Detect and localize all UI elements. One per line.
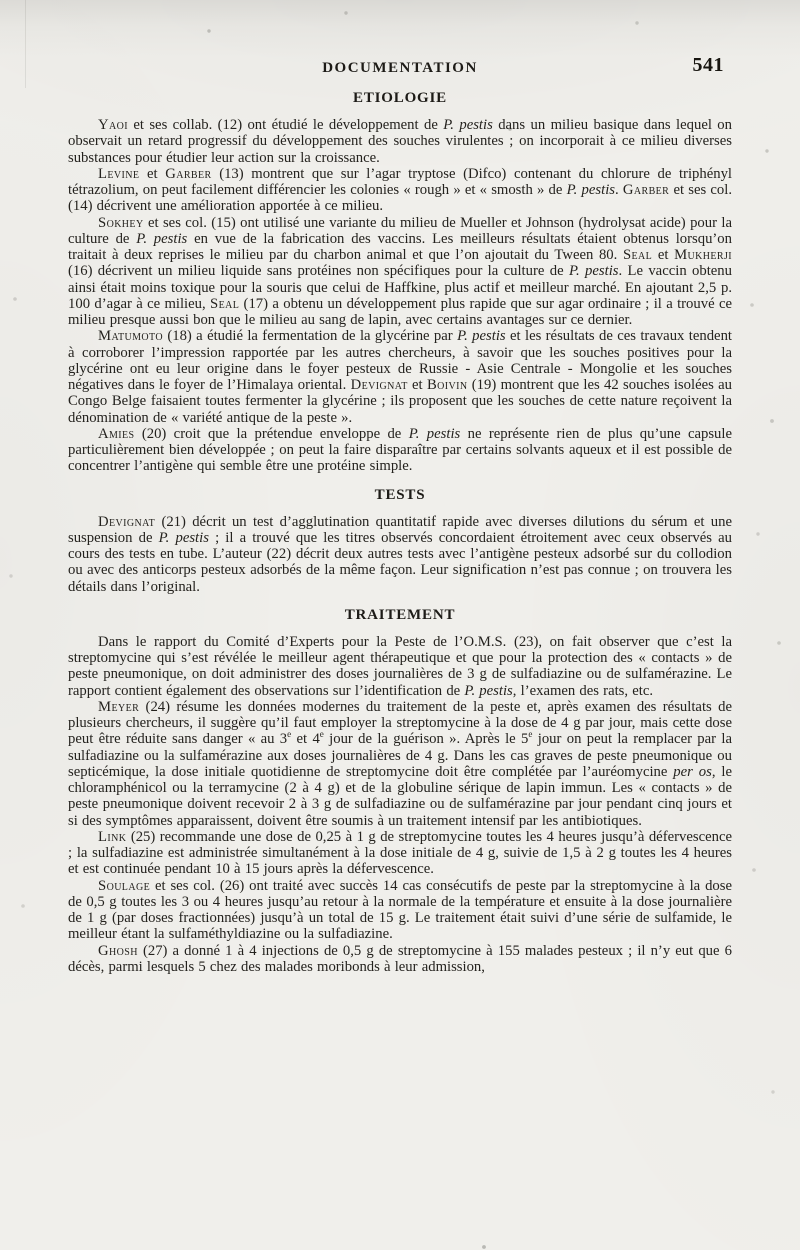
section-heading-tests: TESTS — [68, 487, 732, 504]
italic-text: P. pestis — [159, 530, 209, 546]
author-name: Garber — [165, 166, 211, 182]
author-name: Link — [98, 829, 126, 845]
italic-text: per os — [673, 764, 712, 780]
page-number: 541 — [693, 54, 725, 77]
author-name: Devignat — [98, 514, 155, 530]
body-text: (25) recommande une dose de 0,25 à 1 g d… — [68, 829, 732, 878]
body-text: et — [408, 377, 427, 393]
author-name: Meyer — [98, 699, 139, 715]
author-name: Matumoto — [98, 328, 163, 344]
body-text: et ses col. (26) ont traité avec succès … — [68, 878, 732, 943]
paragraph: Levine et Garber (13) montrent que sur l… — [68, 166, 732, 215]
paragraph: Meyer (24) résume les données modernes d… — [68, 699, 732, 829]
author-name: Garber — [623, 182, 669, 198]
body-text: et — [652, 247, 674, 263]
body-text: et ses collab. (12) ont étudié le dévelo… — [128, 117, 443, 133]
author-name: Yaoi — [98, 117, 128, 133]
author-name: Amies — [98, 426, 135, 442]
body-text: (16) décrivent un milieu liquide sans pr… — [68, 263, 569, 279]
italic-text: P. pestis — [136, 231, 187, 247]
section-paragraphs: Devignat (21) décrit un test d’agglutina… — [68, 514, 732, 595]
italic-text: P. pestis — [464, 683, 512, 699]
paragraph: Ghosh (27) a donné 1 à 4 injections de 0… — [68, 943, 732, 976]
body-text: et 4 — [291, 731, 320, 747]
paragraph: Soulage et ses col. (26) ont traité avec… — [68, 878, 732, 943]
author-name: Sokhey — [98, 215, 144, 231]
italic-text: P. pestis — [409, 426, 461, 442]
author-name: Devignat — [351, 377, 408, 393]
author-name: Soulage — [98, 878, 150, 894]
author-name: Boivin — [427, 377, 468, 393]
body-text: (18) a étudié la fermentation de la glyc… — [163, 328, 457, 344]
scan-edge-artifact — [25, 0, 26, 88]
paragraph: Link (25) recommande une dose de 0,25 à … — [68, 829, 732, 878]
document-page: DOCUMENTATION 541 ETIOLOGIE Yaoi et ses … — [0, 0, 800, 1250]
author-name: Seal — [623, 247, 652, 263]
paragraph: Devignat (21) décrit un test d’agglutina… — [68, 514, 732, 595]
section-etiologie: ETIOLOGIE Yaoi et ses collab. (12) ont é… — [68, 90, 732, 475]
body-text: . — [615, 182, 623, 198]
paper-noise — [0, 0, 2, 2]
body-text: , l’examen des rats, etc. — [513, 683, 653, 699]
body-text: (27) a donné 1 à 4 injections de 0,5 g d… — [68, 943, 732, 975]
paragraph: Dans le rapport du Comité d’Experts pour… — [68, 634, 732, 699]
body-text: jour de la guérison ». Après le 5 — [324, 731, 529, 747]
section-heading-etiologie: ETIOLOGIE — [68, 90, 732, 107]
running-title: DOCUMENTATION — [68, 60, 732, 77]
page-content: ETIOLOGIE Yaoi et ses collab. (12) ont é… — [68, 90, 732, 975]
author-name: Seal — [210, 296, 239, 312]
italic-text: P. pestis — [457, 328, 506, 344]
paragraph: Amies (20) croit que la prétendue envelo… — [68, 426, 732, 475]
body-text: (20) croit que la prétendue enveloppe de — [135, 426, 409, 442]
section-heading-traitement: TRAITEMENT — [68, 607, 732, 624]
section-paragraphs: Dans le rapport du Comité d’Experts pour… — [68, 634, 732, 975]
paragraph: Matumoto (18) a étudié la fermentation d… — [68, 328, 732, 426]
section-tests: TESTS Devignat (21) décrit un test d’agg… — [68, 487, 732, 595]
author-name: Ghosh — [98, 943, 138, 959]
author-name: Levine — [98, 166, 139, 182]
running-header: DOCUMENTATION 541 — [68, 60, 732, 84]
italic-text: P. pestis — [443, 117, 493, 133]
paragraph: Sokhey et ses col. (15) ont utilisé une … — [68, 215, 732, 329]
section-traitement: TRAITEMENT Dans le rapport du Comité d’E… — [68, 607, 732, 975]
author-name: Mukherji — [674, 247, 732, 263]
section-paragraphs: Yaoi et ses collab. (12) ont étudié le d… — [68, 117, 732, 475]
paragraph: Yaoi et ses collab. (12) ont étudié le d… — [68, 117, 732, 166]
body-text: et — [139, 166, 165, 182]
italic-text: P. pestis — [567, 182, 615, 198]
italic-text: P. pestis — [569, 263, 619, 279]
